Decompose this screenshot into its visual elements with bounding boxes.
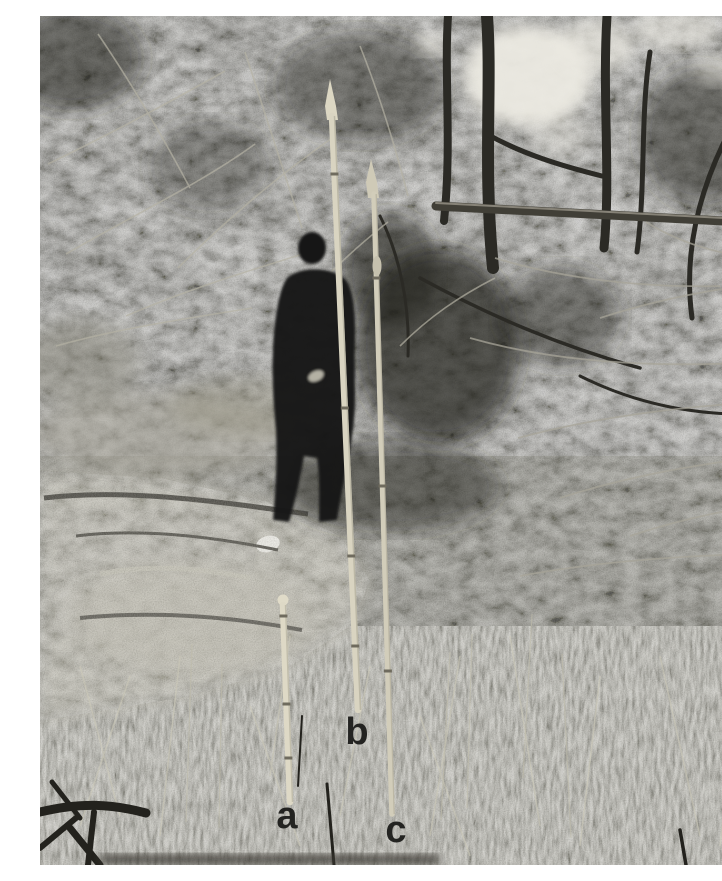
- photo-art: [40, 16, 722, 865]
- stick-label-b: b: [345, 713, 368, 751]
- bottom-shadow-strip: [100, 854, 440, 865]
- stick-label-a: a: [276, 797, 297, 835]
- stick-c-knot: [373, 256, 382, 276]
- bushveld-photograph: a b c: [40, 16, 722, 865]
- stick-label-c: c: [385, 811, 406, 849]
